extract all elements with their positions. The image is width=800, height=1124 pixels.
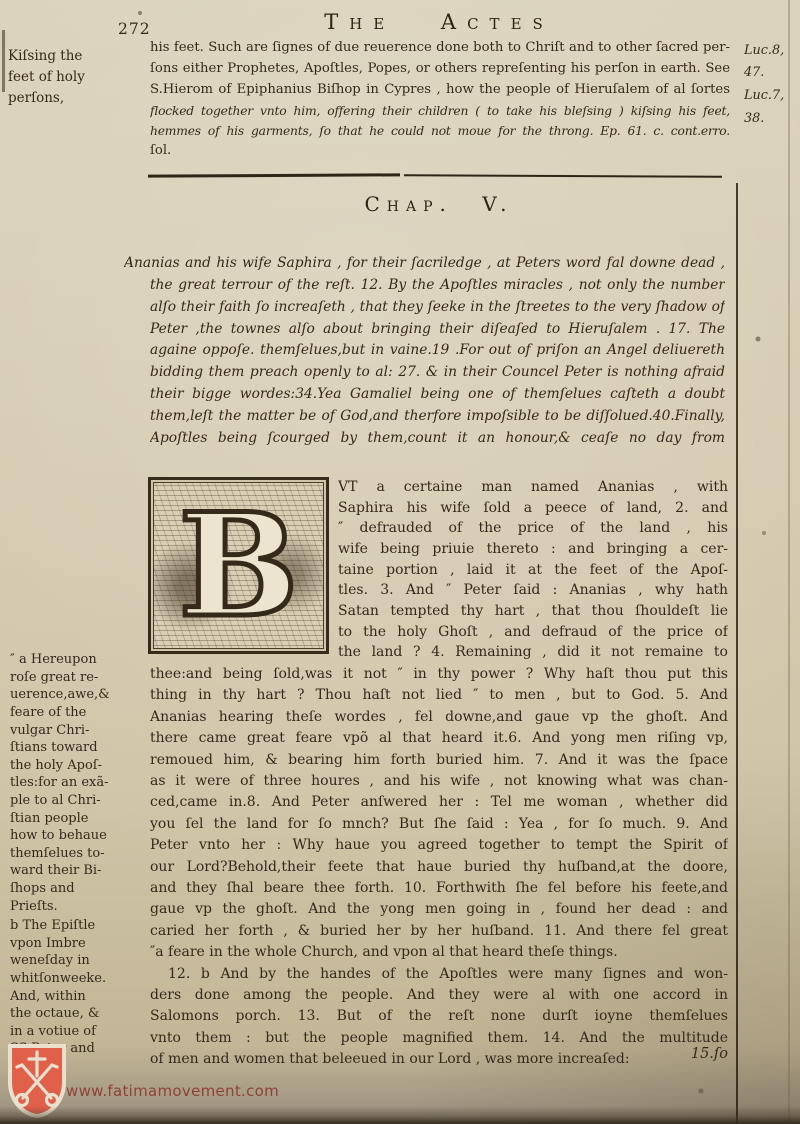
- body-line: Satan tempted thy hart , that thou ſhoul…: [338, 601, 728, 622]
- body-line: ″ defrauded of the price of the land , h…: [338, 518, 728, 539]
- body-line: Salomons porch. 13. But of the reſt none…: [150, 1006, 728, 1028]
- scan-edge-mark: [2, 30, 5, 92]
- body-line: you ſel the land for ſo mnch? But ſhe ſa…: [150, 814, 728, 836]
- summary-line: Ananias and his wife Saphira , for their…: [124, 253, 725, 275]
- intro-line: S.Hierom of Epiphanius Biſhop in Cypres …: [150, 80, 730, 101]
- intro-line: ſons either Prophetes, Apoſtles, Popes, …: [150, 59, 730, 80]
- ink-specks: [0, 0, 2, 2]
- divider-rule-left: [148, 173, 400, 177]
- watermark-url: www.fatimamovement.com: [66, 1082, 279, 1100]
- dropcap-letter: B: [178, 491, 298, 641]
- margin-note-line: Kiſsing the: [8, 46, 142, 67]
- summary-line: bidding them preach openly to al: 27. & …: [150, 362, 725, 384]
- body-line: 12. b And by the handes of the Apoſtles …: [150, 964, 728, 986]
- body-line: VT a certaine man named Ananias , with: [338, 477, 728, 498]
- body-line: our Lord?Behold,their feete that haue bu…: [150, 857, 728, 879]
- body-line: as it were of three houres , and his wif…: [150, 771, 728, 793]
- running-title: The Actes: [150, 10, 728, 34]
- gloss-line: ſtians toward: [10, 739, 148, 757]
- column-rule: [736, 183, 738, 1124]
- body-line: thing in thy hart ? Thou haſt not lied ″…: [150, 685, 728, 707]
- intro-line: ſol.: [150, 141, 730, 162]
- gloss-line: feare of the: [10, 704, 148, 722]
- gloss-line: ″ a Hereupon: [10, 651, 148, 669]
- body-line: remoued him, & bearing him forth buried …: [150, 750, 728, 772]
- gloss-line: vpon Imbre: [10, 935, 148, 953]
- body-line: tles. 3. And ″ Peter ſaid : Ananias , wh…: [338, 580, 728, 601]
- summary-line: their bigge wordes:34.Yea Gamaliel being…: [150, 384, 725, 406]
- intro-line: his feet. Such are ſignes of due reueren…: [150, 38, 730, 59]
- body-line: Peter vnto her : Why haue you agreed tog…: [150, 835, 728, 857]
- intro-line: flocked together vnto him, offering thei…: [150, 101, 730, 122]
- woodcut-dropcap: B: [148, 477, 329, 654]
- catchword: 15.ſo: [150, 1046, 728, 1062]
- body-line: ders done among the people. And they wer…: [150, 985, 728, 1007]
- scan-bottom-edge: [0, 1106, 800, 1124]
- body-line: the land ? 4. Remaining , did it not rem…: [338, 642, 728, 663]
- body-line: wife being priuie thereto : and bringing…: [338, 539, 728, 560]
- body-line: gaue vp the ghoſt. And the yong men goin…: [150, 899, 728, 921]
- page-edge-line: [788, 0, 790, 1124]
- page-number: 272: [118, 20, 151, 38]
- gloss-line: in a votiue of: [10, 1023, 148, 1041]
- gloss-line: ward their Bi-: [10, 862, 148, 880]
- summary-line: Apoſtles being ſcourged by them,count it…: [150, 428, 725, 450]
- gloss-line: ple to al Chri-: [10, 792, 148, 810]
- gloss-line: ſhops and: [10, 880, 148, 898]
- gloss-line: tles:for an exã-: [10, 774, 148, 792]
- gloss-line: weneſday in: [10, 952, 148, 970]
- body-line: ced,came in.8. And Peter anſwered her : …: [150, 792, 728, 814]
- scanned-bible-page: 272 The Actes Kiſsing the feet of holy p…: [0, 0, 800, 1124]
- gloss-line: Prieſts.: [10, 898, 148, 916]
- gloss-line: roſe great re-: [10, 669, 148, 687]
- summary-line: them,leſt the matter be of God,and therf…: [150, 406, 725, 428]
- gloss-line: And, within: [10, 988, 148, 1006]
- gloss-line: b The Epiſtle: [10, 917, 148, 935]
- body-line: Saphira his wife ſold a peece of land, 2…: [338, 498, 728, 519]
- summary-line: alſo their faith ſo increaſeth , that th…: [150, 297, 725, 319]
- gloss-line: the holy Apoſ-: [10, 757, 148, 775]
- summary-line: againe oppoſe. themſelues,but in vaine.1…: [150, 340, 725, 362]
- gloss-line: uerence,awe,&: [10, 686, 148, 704]
- body-line: ″a feare in the whole Church, and vpon a…: [150, 942, 728, 964]
- gloss-line: ſtian people: [10, 810, 148, 828]
- gloss-line: how to behaue: [10, 827, 148, 845]
- intro-line: hemmes of his garments, ſo that he could…: [150, 121, 730, 142]
- margin-note-line: perſons,: [8, 88, 142, 109]
- gloss-line: the octaue, &: [10, 1005, 148, 1023]
- chapter-heading: Chap. V.: [150, 192, 728, 216]
- body-line: to the holy Ghoſt , and defraud of the p…: [338, 622, 728, 643]
- body-line: Ananias hearing theſe wordes , fel downe…: [150, 707, 728, 729]
- body-line: caried her forth , & buried her by her h…: [150, 921, 728, 943]
- summary-line: the great terrour of the reſt. 12. By th…: [150, 275, 725, 297]
- gloss-line: themſelues to-: [10, 845, 148, 863]
- body-line: there came great feare vpõ al that heard…: [150, 728, 728, 750]
- gloss-line: vulgar Chri-: [10, 722, 148, 740]
- gloss-line: whitſonweeke.: [10, 970, 148, 988]
- body-line: and they ſhal beare thee forth. 10. Fort…: [150, 878, 728, 900]
- summary-line: Peter ,the townes alſo about bringing th…: [150, 319, 725, 341]
- margin-note-line: feet of holy: [8, 67, 142, 88]
- body-line: taine portion , laid it at the feet of t…: [338, 560, 728, 581]
- body-line: thee:and being ſold,was it not ″ in thy …: [150, 664, 728, 686]
- divider-rule-right: [404, 174, 722, 177]
